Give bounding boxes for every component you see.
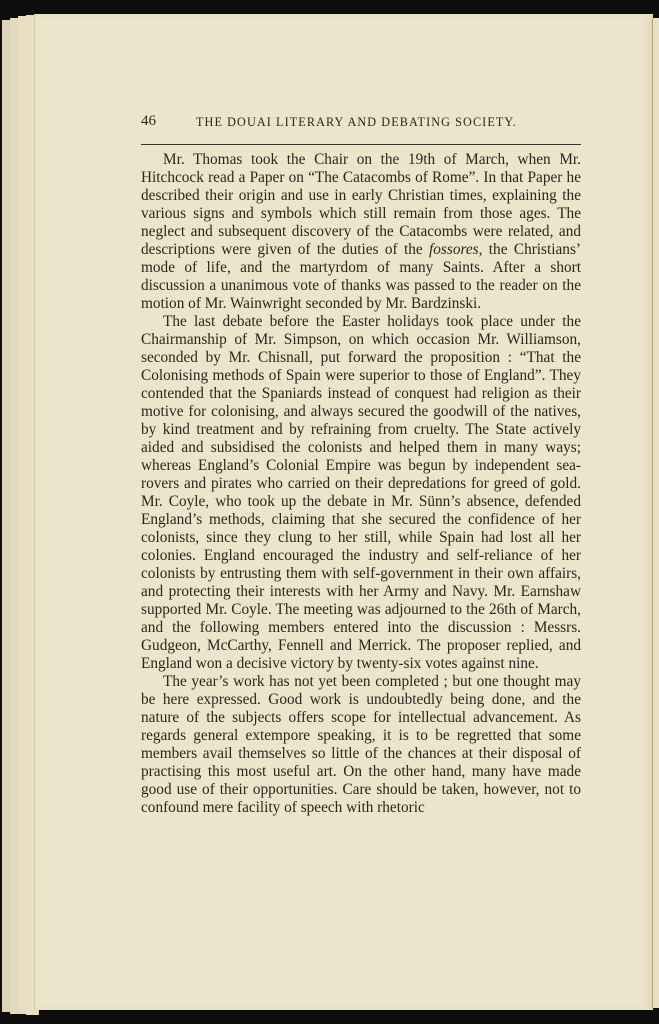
- page-number: 46: [141, 113, 156, 130]
- paragraph-year-review: The year’s work has not yet been complet…: [141, 673, 581, 817]
- paragraph-debate: The last debate before the Easter holida…: [141, 313, 581, 673]
- header-rule: [141, 144, 581, 145]
- italic-term: fossores: [429, 241, 479, 258]
- paragraph-catacombs: Mr. Thomas took the Chair on the 19th of…: [141, 151, 581, 313]
- running-head: 46 THE DOUAI LITERARY AND DEBATING SOCIE…: [141, 113, 586, 135]
- body-text: Mr. Thomas took the Chair on the 19th of…: [141, 151, 581, 817]
- book-gutter: [652, 18, 659, 1008]
- running-head-title: THE DOUAI LITERARY AND DEBATING SOCIETY.: [196, 115, 517, 130]
